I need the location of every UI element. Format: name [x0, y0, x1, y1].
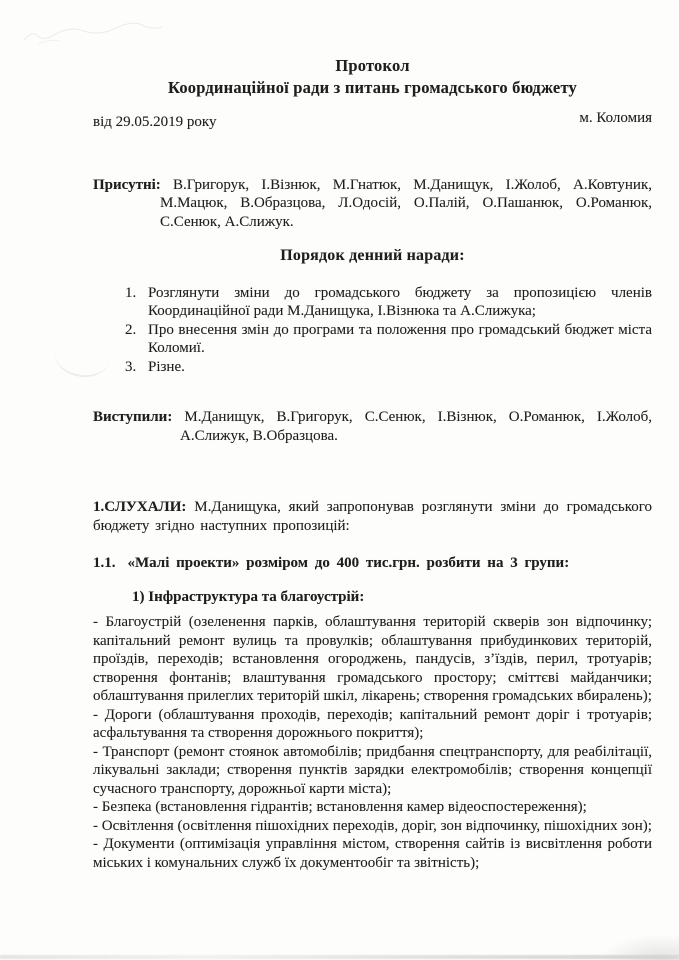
agenda-item-text: Різне. — [148, 359, 185, 375]
agenda-item-number: 1. — [125, 284, 136, 303]
document-place: м. Коломия — [579, 109, 652, 128]
scanned-protocol-page: Протокол Координаційної ради з питань гр… — [0, 0, 679, 960]
present-names: В.Григорук, І.Візнюк, М.Гнатюк, М.Данищу… — [160, 177, 652, 230]
category-list: - Благоустрій (озеленення парків, облашт… — [93, 613, 652, 872]
agenda-item: 1. Розглянути зміни до громадського бюдж… — [148, 284, 652, 321]
category-paragraph: - Освітлення (освітлення пішохідних пере… — [93, 817, 652, 836]
speakers-names: М.Данищук, В.Григорук, С.Сенюк, І.Візнюк… — [180, 409, 652, 444]
document-date: від 29.05.2019 року — [93, 113, 216, 132]
document-content: Протокол Координаційної ради з питань гр… — [93, 0, 652, 872]
group-heading: 1) Інфраструктура та благоустрій: — [132, 588, 652, 607]
heard-paragraph: 1.СЛУХАЛИ: М.Данищука, який запропонував… — [93, 498, 652, 535]
agenda-item-text: Розглянути зміни до громадського бюджету… — [148, 285, 652, 320]
speakers-paragraph: Виступили: М.Данищук, В.Григорук, С.Сеню… — [180, 408, 652, 445]
category-paragraph: - Дороги (облаштування проходів, переход… — [93, 706, 652, 743]
agenda-item-number: 3. — [125, 358, 136, 377]
proposal-text: «Малі проекти» розміром до 400 тис.грн. … — [128, 555, 570, 571]
agenda-item-number: 2. — [125, 321, 136, 340]
present-label: Присутні: — [93, 177, 161, 193]
document-subtitle: Координаційної ради з питань громадськог… — [93, 77, 652, 99]
speakers-label: Виступили: — [93, 409, 172, 425]
agenda-item: 2. Про внесення змін до програми та поло… — [148, 321, 652, 358]
agenda-heading: Порядок денний наради: — [93, 247, 652, 266]
category-paragraph: - Документи (оптимізація управління міст… — [93, 835, 652, 872]
document-title-block: Протокол Координаційної ради з питань гр… — [93, 55, 652, 99]
proposal-paragraph: 1.1.«Малі проекти» розміром до 400 тис.г… — [132, 554, 652, 573]
agenda-item: 3. Різне. — [148, 358, 652, 377]
agenda-list: 1. Розглянути зміни до громадського бюдж… — [93, 284, 652, 377]
heard-label: 1.СЛУХАЛИ: — [93, 499, 186, 515]
category-paragraph: - Благоустрій (озеленення парків, облашт… — [93, 613, 652, 706]
category-paragraph: - Транспорт (ремонт стоянок автомобілів;… — [93, 743, 652, 799]
document-title: Протокол — [93, 55, 652, 77]
date-place-row: від 29.05.2019 року м. Коломия — [93, 113, 652, 132]
present-paragraph: Присутні: В.Григорук, І.Візнюк, М.Гнатюк… — [160, 176, 652, 232]
agenda-item-text: Про внесення змін до програми та положен… — [148, 322, 652, 357]
scan-bottom-edge — [0, 955, 679, 959]
category-paragraph: - Безпека (встановлення гідрантів; встан… — [93, 798, 652, 817]
proposal-number: 1.1. — [93, 555, 116, 571]
